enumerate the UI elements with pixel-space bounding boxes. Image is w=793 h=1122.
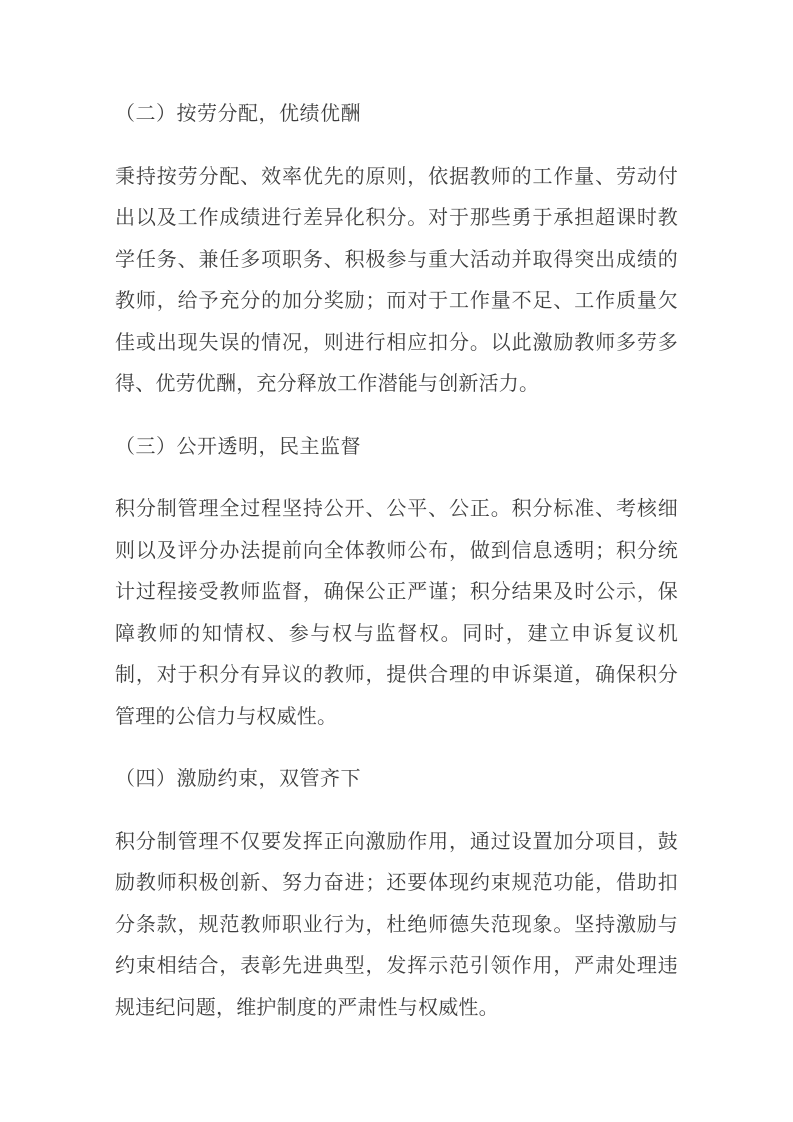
section-2: （二）按劳分配，优绩优酬 秉持按劳分配、效率优先的原则，依据教师的工作量、劳动付… (115, 94, 678, 406)
section-4-heading: （四）激励约束，双管齐下 (115, 759, 678, 801)
section-4-paragraph: 积分制管理不仅要发挥正向激励作用，通过设置加分项目，鼓励教师积极创新、努力奋进；… (115, 822, 678, 1030)
section-3-paragraph: 积分制管理全过程坚持公开、公平、公正。积分标准、考核细则以及评分办法提前向全体教… (115, 489, 678, 738)
section-2-heading: （二）按劳分配，优绩优酬 (115, 94, 678, 136)
section-3: （三）公开透明，民主监督 积分制管理全过程坚持公开、公平、公正。积分标准、考核细… (115, 427, 678, 739)
section-4: （四）激励约束，双管齐下 积分制管理不仅要发挥正向激励作用，通过设置加分项目，鼓… (115, 759, 678, 1029)
section-2-paragraph: 秉持按劳分配、效率优先的原则，依据教师的工作量、劳动付出以及工作成绩进行差异化积… (115, 157, 678, 406)
document-page: （二）按劳分配，优绩优酬 秉持按劳分配、效率优先的原则，依据教师的工作量、劳动付… (0, 0, 793, 1122)
section-3-heading: （三）公开透明，民主监督 (115, 427, 678, 469)
